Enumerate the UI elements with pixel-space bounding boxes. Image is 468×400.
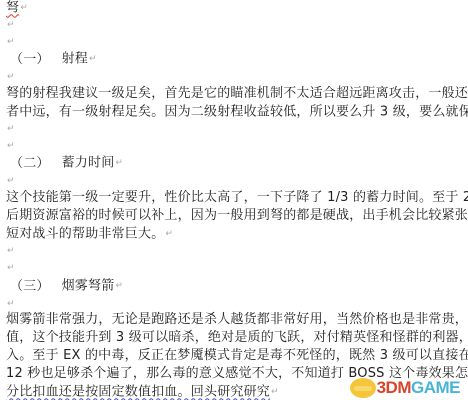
watermark: 3DMGAME (350, 378, 460, 398)
body-text: 分比扣血还是按固定数值扣血。回头研究研究 (6, 385, 270, 400)
section-title: 射程 (62, 52, 88, 67)
empty-line: ↵ (6, 17, 15, 33)
empty-line: ↵ (6, 296, 15, 312)
paragraph-mark-icon: ↵ (7, 124, 15, 134)
empty-line: ↵ (6, 69, 15, 85)
empty-line: ↵ (6, 260, 15, 276)
body-line: 者中远，有一级射程足矣。因为二级射程收益较低，所以要么升 3 级，要么就保持在 … (6, 104, 468, 120)
section-heading-charge-time: （二）蓄力时间↵ (10, 155, 123, 171)
empty-line: ↵ (6, 243, 15, 259)
body-text: 短对战斗的帮助非常巨大。 (6, 227, 164, 242)
top-fragment-line: 弩↵ (6, 0, 28, 16)
empty-line: ↵ (6, 173, 15, 189)
empty-line: ↵ (6, 34, 15, 50)
paragraph-mark-icon: ↵ (7, 72, 15, 82)
paragraph-mark-icon: ↵ (7, 299, 15, 309)
top-fragment-text: 弩 (6, 1, 19, 16)
paragraph-mark-icon: ↵ (7, 246, 15, 256)
paragraph-mark-icon: ↵ (271, 387, 279, 397)
section-heading-smoke-bolt: （三）烟雾弩箭↵ (10, 278, 123, 294)
empty-line: ↵ (6, 138, 15, 154)
section-title: 蓄力时间 (62, 156, 115, 171)
body-line: 后期资源富裕的时候可以补上，因为一般用到弩的都是硬战，出手机会比较紧张，蓄力时间 (6, 208, 468, 224)
body-line: 这个技能第一级一定要升，性价比太高了，一下子降了 1/3 的蓄力时间。至于 2 … (6, 190, 468, 206)
section-number: （二） (10, 156, 50, 171)
body-line: 烟雾箭非常强力，无论是跑路还是杀人越货都非常好用，当然价格也是非常贵，不过物有所 (6, 312, 468, 328)
watermark-text-game: GAME (411, 378, 460, 398)
section-title: 烟雾弩箭 (62, 279, 115, 294)
mascot-logo-icon (350, 378, 376, 398)
paragraph-mark-icon: ↵ (7, 263, 15, 273)
body-line: 分比扣血还是按固定数值扣血。回头研究研究↵ (6, 384, 279, 400)
paragraph-mark-icon: ↵ (115, 158, 123, 168)
paragraph-mark-icon: ↵ (89, 54, 97, 64)
body-text: 者中远，有一级射程足矣。因为二级射程收益较低，所以要么升 3 级，要么就保持在 … (6, 105, 468, 120)
body-line: 入。至于 EX 的中毒，反正在梦魇模式肯定是毒不死怪的，既然 3 级可以直接在雾… (6, 348, 468, 364)
section-number: （三） (10, 279, 50, 294)
paragraph-mark-icon: ↵ (7, 141, 15, 151)
paragraph-mark-icon: ↵ (7, 20, 15, 30)
body-line: 值，这个技能升到 3 级可以暗杀，绝对是质的飞跃，对付精英怪和怪群的利器，绝对值… (6, 330, 468, 346)
paragraph-mark-icon: ↵ (20, 3, 28, 13)
paragraph-mark-icon: ↵ (7, 176, 15, 186)
watermark-text-3dm: 3DM (377, 378, 411, 398)
paragraph-mark-icon: ↵ (165, 229, 173, 239)
section-number: （一） (10, 52, 50, 67)
body-line: 短对战斗的帮助非常巨大。↵ (6, 226, 173, 242)
empty-line: ↵ (6, 121, 15, 137)
body-line: 弩的射程我建议一级足矣，首先是它的瞄准机制不太适合超远距离攻击，一般还是中距离或 (6, 86, 468, 102)
paragraph-mark-icon: ↵ (7, 37, 15, 47)
paragraph-mark-icon: ↵ (115, 281, 123, 291)
section-heading-range: （一）射程↵ (10, 51, 97, 67)
